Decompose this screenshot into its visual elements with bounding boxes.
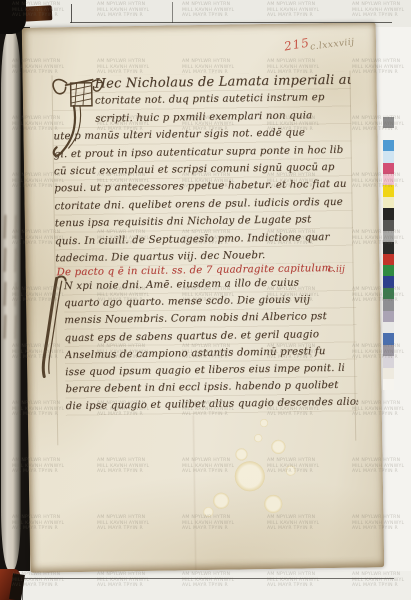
color-patch [383, 356, 394, 367]
page-edge-text-showthrough [4, 215, 17, 239]
wax-stain [235, 461, 265, 491]
color-calibration-bar [383, 117, 394, 390]
color-patch [383, 242, 394, 253]
wax-stain [254, 434, 262, 442]
top-frame-tick [71, 4, 72, 23]
color-patch [383, 299, 394, 310]
color-patch [383, 208, 394, 219]
color-patch [383, 231, 394, 242]
wax-stain [271, 440, 285, 454]
book-corner-shadow [0, 0, 26, 34]
color-patch [383, 265, 394, 276]
color-patch [383, 288, 394, 299]
color-patch [383, 333, 394, 344]
color-patch [383, 254, 394, 265]
color-patch [383, 379, 394, 390]
manuscript-text-line: die ipse quagio et quilibet alius quagio… [66, 394, 358, 416]
flourished-initial-i [36, 273, 72, 384]
wax-stain [203, 507, 213, 517]
color-patch [383, 117, 394, 128]
wax-stain [260, 419, 268, 427]
color-patch [383, 345, 394, 356]
color-patch [383, 151, 394, 162]
manuscript-paragraph-2: N xpi noie dni. Amē. eiusdem a illo de c… [64, 274, 358, 416]
folio-number: 215 [283, 35, 311, 53]
color-patch [383, 174, 394, 185]
parchment-page: 215 c.lxxxviij Hec Nicholaus de Lamata i… [22, 22, 385, 572]
color-patch [383, 185, 394, 196]
color-patch [383, 140, 394, 151]
parchment-fold-line [193, 415, 196, 570]
old-shelfmark-note: c.lxxxviij [310, 37, 356, 52]
notarial-sign-initial [46, 70, 110, 179]
color-patch [383, 197, 394, 208]
color-patch [383, 311, 394, 322]
bottom-frame-rule [22, 578, 394, 579]
top-frame-rule [70, 22, 392, 23]
wax-stain [235, 448, 247, 460]
color-patch [383, 322, 394, 333]
top-frame-tick [172, 2, 173, 23]
color-patch [383, 276, 394, 287]
wax-stain [213, 493, 229, 509]
page-edge-text-showthrough [4, 315, 17, 339]
color-patch [383, 128, 394, 139]
wax-stain [264, 495, 282, 513]
scan-bed-bottom-strip [0, 571, 411, 600]
color-patch [383, 163, 394, 174]
color-patch [383, 368, 394, 379]
scanned-manuscript-photograph: 215 c.lxxxviij Hec Nicholaus de Lamata i… [0, 0, 411, 600]
page-edge-text-showthrough [4, 248, 17, 272]
wax-stain [286, 466, 296, 476]
page-edge-text-showthrough [4, 282, 17, 306]
color-patch [383, 220, 394, 231]
binding-leather-top [22, 5, 53, 22]
